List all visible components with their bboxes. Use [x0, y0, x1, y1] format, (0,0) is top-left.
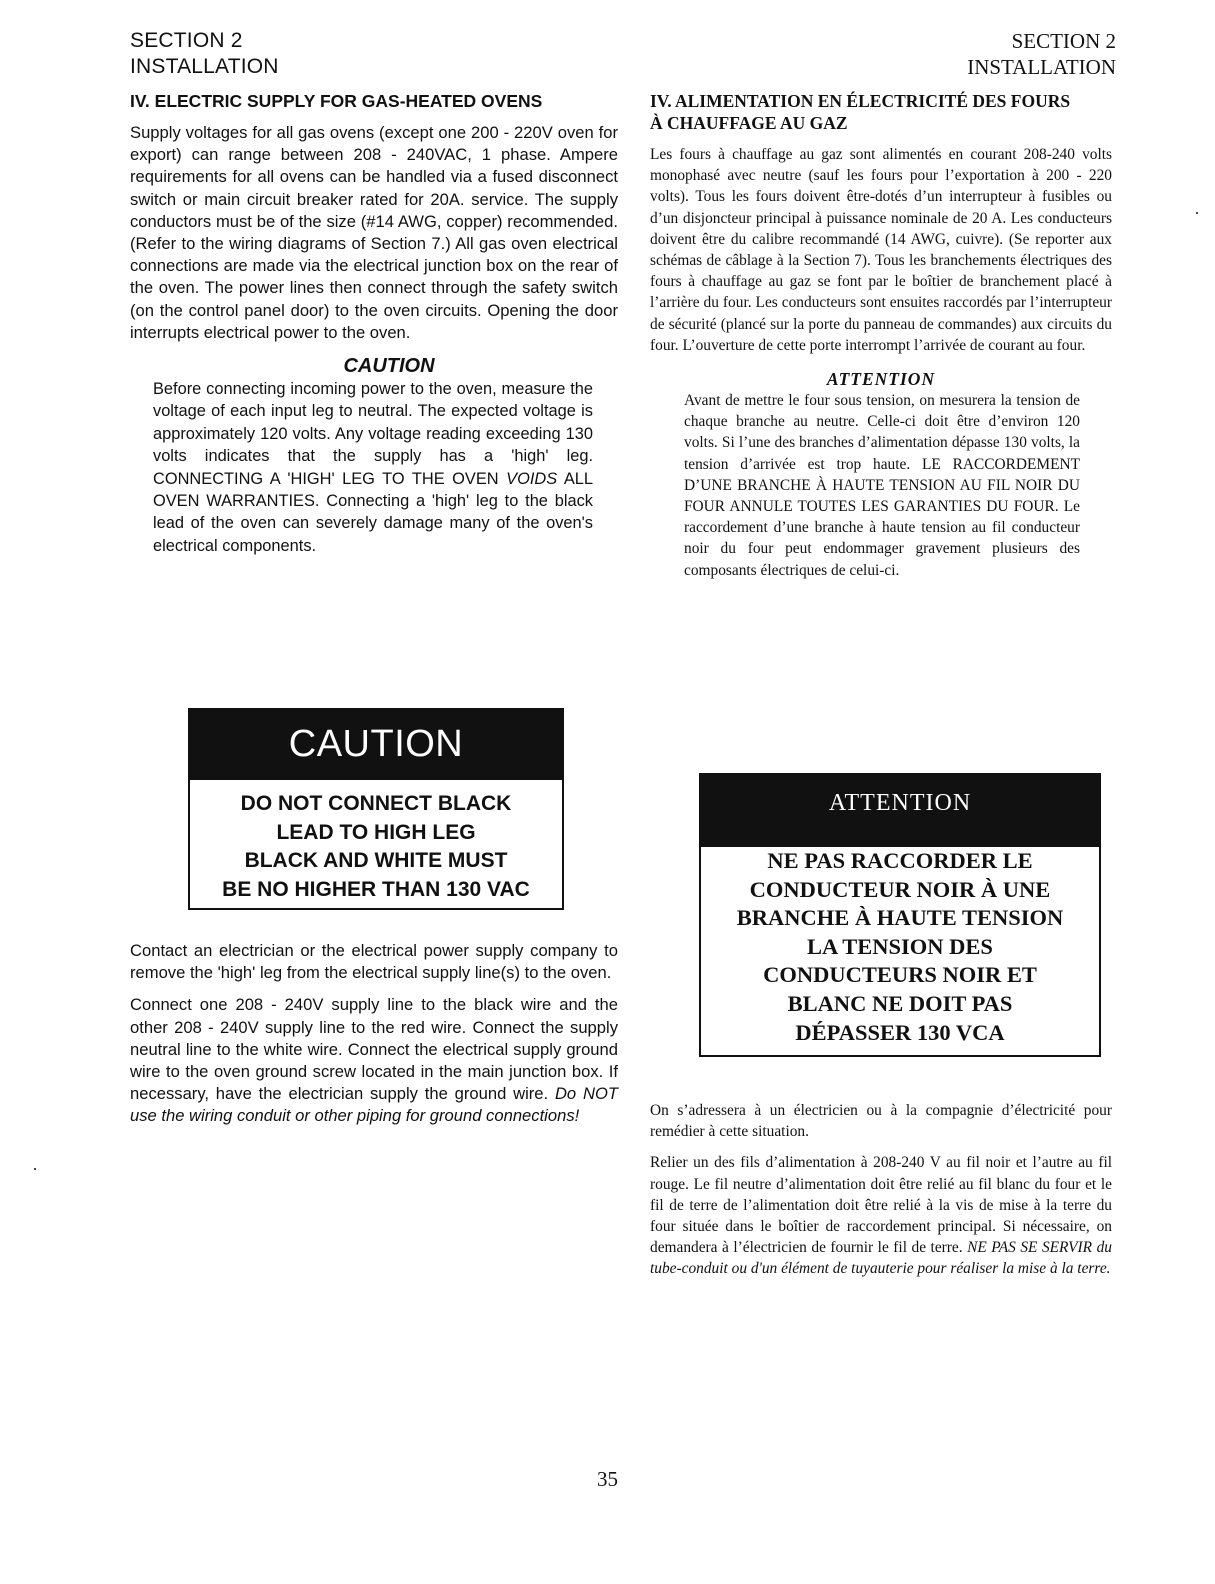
english-column: SECTION 2 INSTALLATION IV. ELECTRIC SUPP…: [130, 28, 618, 557]
french-column: SECTION 2 INSTALLATION IV. ALIMENTATION …: [650, 28, 1112, 581]
attention-label-line: LA TENSION DES: [701, 933, 1099, 962]
attention-label-line: DÉPASSER 130 VCA: [701, 1019, 1099, 1048]
connect-text: Connect one 208 - 240V supply line to th…: [130, 995, 618, 1103]
caution-label-line: BLACK AND WHITE MUST: [190, 847, 562, 876]
english-connect-paragraph: Connect one 208 - 240V supply line to th…: [130, 994, 618, 1127]
french-connect-paragraph: Relier un des fils d’alimentation à 208-…: [650, 1152, 1112, 1279]
english-caution-title: CAUTION: [130, 354, 618, 378]
french-attention-body: Avant de mettre le four sous tension, on…: [684, 390, 1080, 581]
caution-label-line: LEAD TO HIGH LEG: [190, 819, 562, 848]
english-heading: IV. ELECTRIC SUPPLY FOR GAS-HEATED OVENS: [130, 90, 618, 112]
english-intro-paragraph: Supply voltages for all gas ovens (excep…: [130, 122, 618, 344]
english-lower-section: Contact an electrician or the electrical…: [130, 930, 618, 1128]
section-label-left: SECTION 2: [130, 28, 618, 54]
caution-label-band: CAUTION: [190, 710, 562, 780]
english-contact-paragraph: Contact an electrician or the electrical…: [130, 940, 618, 984]
french-intro-paragraph: Les fours à chauffage au gaz sont alimen…: [650, 144, 1112, 356]
french-heading-line: À CHAUFFAGE AU GAZ: [650, 112, 1112, 134]
section-label-right: SECTION 2: [650, 28, 1116, 54]
caution-text-emphasis: VOIDS: [506, 470, 557, 488]
french-attention-title: ATTENTION: [650, 368, 1112, 390]
scan-speck: [34, 1168, 36, 1170]
attention-label-line: BLANC NE DOIT PAS: [701, 990, 1099, 1019]
caution-label-line: DO NOT CONNECT BLACK: [190, 790, 562, 819]
manual-page: SECTION 2 INSTALLATION IV. ELECTRIC SUPP…: [0, 0, 1215, 1584]
french-lower-section: On s’adressera à un électricien ou à la …: [650, 1090, 1112, 1280]
french-heading-line: IV. ALIMENTATION EN ÉLECTRICITÉ DES FOUR…: [650, 90, 1112, 112]
french-attention-label: ATTENTION NE PAS RACCORDER LE CONDUCTEUR…: [699, 773, 1101, 1057]
section-title-right: INSTALLATION: [650, 54, 1116, 80]
scan-speck: [1196, 212, 1198, 214]
english-caution-label: CAUTION DO NOT CONNECT BLACK LEAD TO HIG…: [188, 708, 564, 910]
french-heading: IV. ALIMENTATION EN ÉLECTRICITÉ DES FOUR…: [650, 90, 1112, 134]
attention-label-line: CONDUCTEURS NOIR ET: [701, 961, 1099, 990]
english-caution-body: Before connecting incoming power to the …: [153, 378, 593, 557]
caution-label-line: BE NO HIGHER THAN 130 VAC: [190, 876, 562, 905]
section-title-left: INSTALLATION: [130, 54, 618, 80]
french-contact-paragraph: On s’adressera à un électricien ou à la …: [650, 1100, 1112, 1142]
page-number: 35: [0, 1467, 1215, 1492]
attention-label-line: BRANCHE À HAUTE TENSION: [701, 904, 1099, 933]
attention-label-line: NE PAS RACCORDER LE: [701, 847, 1099, 876]
attention-label-line: CONDUCTEUR NOIR À UNE: [701, 876, 1099, 905]
attention-label-message: NE PAS RACCORDER LE CONDUCTEUR NOIR À UN…: [701, 847, 1099, 1047]
attention-label-band: ATTENTION: [701, 775, 1099, 847]
caution-label-message: DO NOT CONNECT BLACK LEAD TO HIGH LEG BL…: [190, 780, 562, 904]
